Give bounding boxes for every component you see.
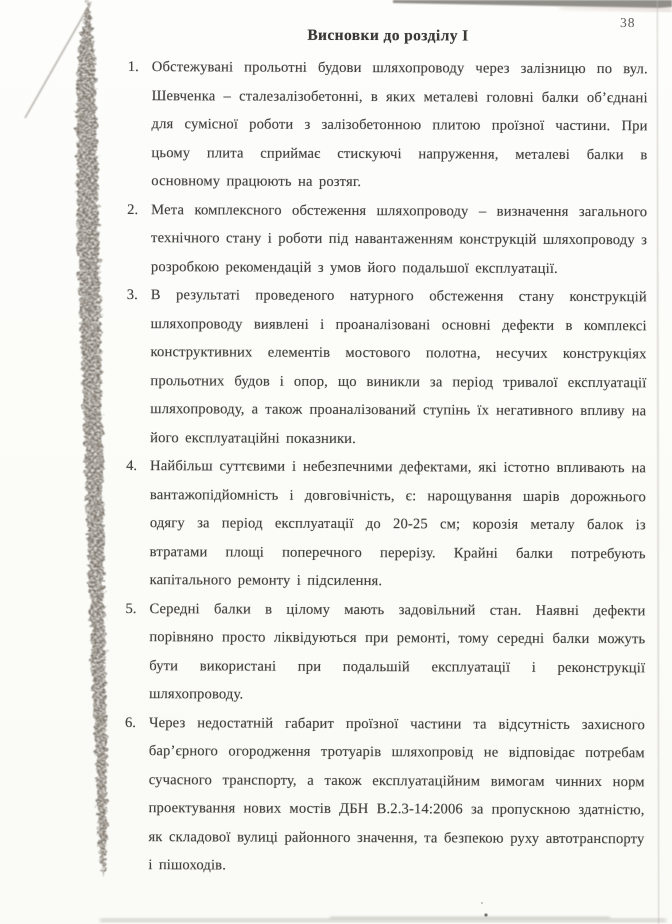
list-item: 1.Обстежувані прольотні будови шляхопров…: [127, 53, 648, 198]
item-text: В результаті проведеного натурного обсте…: [150, 281, 647, 454]
right-fold-line-artifact: [657, 0, 659, 924]
item-number: 5.: [125, 594, 149, 623]
list-item: 4.Найбільш суттєвими і небезпечними дефе…: [126, 452, 647, 597]
scanned-page: 38 Висновки до розділу I 1.Обстежувані п…: [0, 0, 672, 924]
item-number: 4.: [126, 452, 150, 481]
conclusions-list: 1.Обстежувані прольотні будови шляхопров…: [124, 53, 648, 882]
ink-dot-artifact: [484, 913, 487, 916]
item-text: Середні балки в цілому мають задовільний…: [149, 595, 645, 711]
item-text: Найбільш суттєвими і небезпечними дефект…: [150, 452, 647, 597]
item-text: Обстежувані прольотні будови шляхопровод…: [151, 53, 648, 198]
page-content: Висновки до розділу I 1.Обстежувані прол…: [124, 26, 648, 882]
item-number: 1.: [128, 53, 152, 82]
list-item: 6.Через недостатній габарит проїзної час…: [124, 708, 645, 881]
hairline-artifact: [25, 2, 91, 118]
page-title: Висновки до розділу I: [128, 26, 648, 46]
item-text: Мета комплексного обстеження шляхопровод…: [151, 196, 647, 284]
item-number: 2.: [127, 195, 151, 224]
ink-dot-artifact-2: [481, 902, 483, 904]
item-number: 6.: [125, 708, 149, 737]
binding-smudge-artifact: [76, 0, 107, 876]
item-number: 3.: [127, 281, 151, 310]
top-edge-band-shadow: [560, 7, 672, 12]
item-text: Через недостатній габарит проїзної части…: [148, 709, 645, 882]
list-item: 3.В результаті проведеного натурного обс…: [126, 281, 647, 454]
bottom-smear-artifact: [100, 918, 666, 923]
list-item: 5.Середні балки в цілому мають задовільн…: [125, 594, 645, 710]
top-edge-band-artifact: [393, 0, 672, 8]
bottom-smear-artifact-2: [330, 916, 610, 919]
list-item: 2.Мета комплексного обстеження шляхопров…: [127, 195, 647, 283]
